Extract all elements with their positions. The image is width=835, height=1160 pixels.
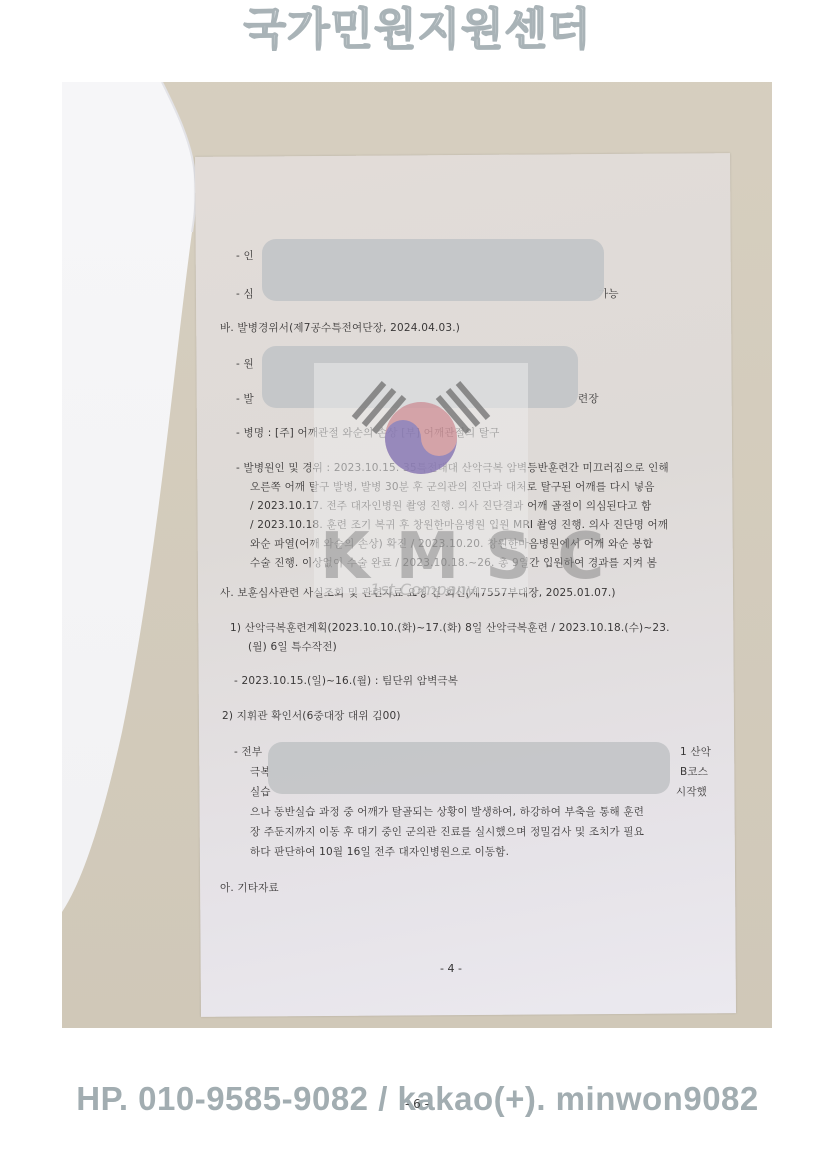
doc-line: - 인: [236, 248, 254, 263]
plan-line: 1) 산악극복훈련계획(2023.10.10.(화)~17.(화) 8일 산악극…: [230, 620, 670, 635]
redaction-box: [268, 742, 670, 794]
curled-page-icon: [62, 82, 202, 1028]
section-heading-ba: 바. 발병경위서(제7공수특전여단장, 2024.04.03.): [220, 320, 460, 335]
doc-line: - 발: [236, 391, 254, 406]
confirm-line: 으나 동반실습 과정 중 어깨가 탈골되는 상황이 발생하여, 하강하여 부축을…: [250, 804, 644, 819]
header-banner-title: 국가민원지원센터: [0, 0, 835, 60]
confirm-line: 1 산악: [680, 744, 711, 759]
doc-line: 련장: [578, 391, 599, 406]
page-number: - 4 -: [440, 962, 462, 975]
doc-line: - 심: [236, 286, 254, 301]
confirm-line: B코스: [680, 764, 708, 779]
section-heading-a: 아. 기타자료: [220, 880, 279, 895]
footer-page-number: - 6 -: [405, 1097, 429, 1111]
confirm-heading: 2) 지휘관 확인서(6중대장 대위 김00): [222, 708, 401, 723]
confirm-line: 하다 판단하여 10월 16일 전주 대자인병원으로 이동함.: [250, 844, 509, 859]
watermark-subtitle: 1st Company: [370, 580, 476, 599]
redaction-box: [262, 239, 604, 301]
confirm-line: 실습: [250, 784, 271, 799]
team-line: - 2023.10.15.(일)~16.(월) : 팀단위 암벽극복: [234, 673, 458, 688]
confirm-line: 장 주둔지까지 이동 후 대기 중인 군의관 진료를 실시했으며 정밀검사 및 …: [250, 824, 644, 839]
confirm-line: - 전부: [234, 744, 262, 759]
plan-line: (월) 6일 특수작전): [248, 639, 337, 654]
confirm-line: 시작했: [676, 784, 707, 799]
doc-line: - 원: [236, 356, 254, 371]
